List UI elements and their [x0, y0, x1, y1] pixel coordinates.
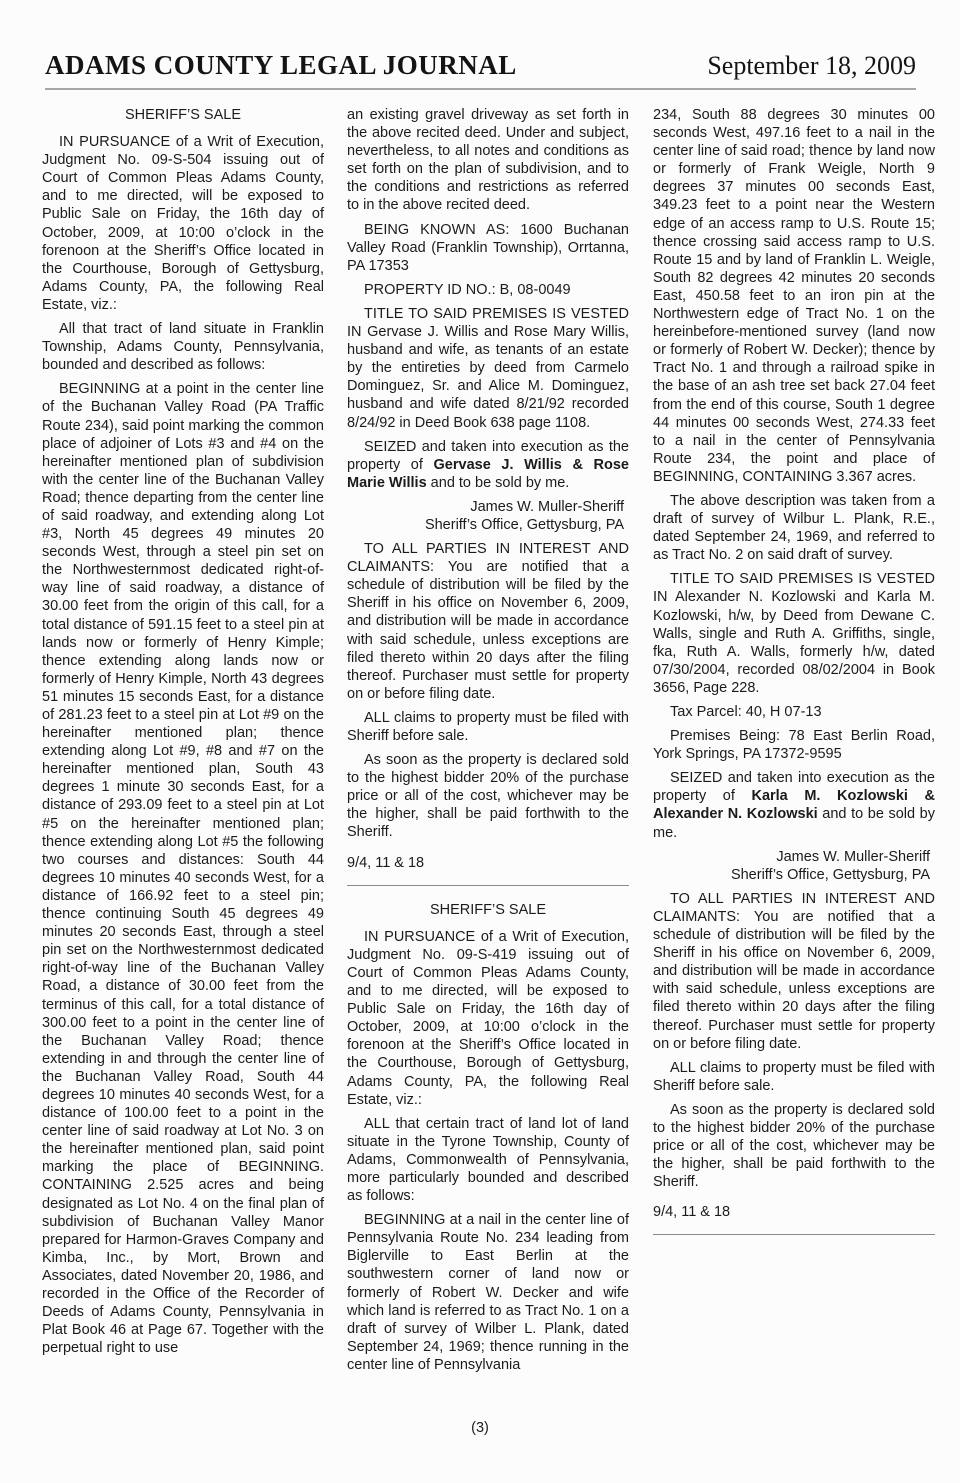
journal-page: ADAMS COUNTY LEGAL JOURNAL September 18,…	[0, 0, 960, 1483]
notice-paragraph: ALL that certain tract of land lot of la…	[347, 1115, 629, 1205]
notice-paragraph: Premises Being: 78 East Berlin Road, Yor…	[653, 727, 935, 763]
masthead-rule	[45, 88, 916, 90]
section-divider	[653, 1234, 935, 1235]
column-1: SHERIFF’S SALEIN PURSUANCE of a Writ of …	[42, 106, 324, 1363]
notice-paragraph: ALL claims to property must be filed wit…	[653, 1059, 935, 1095]
publication-dates: 9/4, 11 & 18	[653, 1203, 935, 1221]
masthead: ADAMS COUNTY LEGAL JOURNAL September 18,…	[45, 50, 916, 81]
column-2: an existing gravel driveway as set forth…	[347, 106, 629, 1380]
notice-paragraph: The above description was taken from a d…	[653, 492, 935, 564]
notice-paragraph-continuation: 234, South 88 degrees 30 minutes 00 seco…	[653, 106, 935, 486]
notice-paragraph: IN PURSUANCE of a Writ of Execution, Jud…	[42, 133, 324, 314]
notice-paragraph: TITLE TO SAID PREMISES IS VESTED IN Gerv…	[347, 305, 629, 432]
notice-paragraph: ALL claims to property must be filed wit…	[347, 709, 629, 745]
issue-date: September 18, 2009	[707, 51, 916, 81]
notice-paragraph: SEIZED and taken into execution as the p…	[347, 438, 629, 492]
notice-paragraph: TO ALL PARTIES IN INTEREST AND CLAIMANTS…	[653, 890, 935, 1053]
notice-paragraph: TO ALL PARTIES IN INTEREST AND CLAIMANTS…	[347, 540, 629, 703]
notice-paragraph: PROPERTY ID NO.: B, 08-0049	[347, 281, 629, 299]
notice-paragraph: All that tract of land situate in Frankl…	[42, 320, 324, 374]
notice-heading: SHERIFF’S SALE	[347, 901, 629, 919]
notice-heading: SHERIFF’S SALE	[42, 106, 324, 124]
notice-paragraph-continuation: an existing gravel driveway as set forth…	[347, 106, 629, 215]
column-3: 234, South 88 degrees 30 minutes 00 seco…	[653, 106, 935, 1250]
notice-paragraph: IN PURSUANCE of a Writ of Execution, Jud…	[347, 928, 629, 1109]
notice-paragraph: Tax Parcel: 40, H 07-13	[653, 703, 935, 721]
notice-paragraph: As soon as the property is declared sold…	[347, 751, 629, 841]
page-number: (3)	[0, 1420, 960, 1436]
signature-line: Sheriff’s Office, Gettysburg, PA	[653, 866, 935, 884]
section-divider	[347, 885, 629, 886]
notice-paragraph: SEIZED and taken into execution as the p…	[653, 769, 935, 841]
notice-paragraph: BEGINNING at a point in the center line …	[42, 380, 324, 1357]
notice-paragraph: BEING KNOWN AS: 1600 Buchanan Valley Roa…	[347, 221, 629, 275]
journal-title: ADAMS COUNTY LEGAL JOURNAL	[45, 50, 517, 81]
notice-paragraph: As soon as the property is declared sold…	[653, 1101, 935, 1191]
notice-paragraph: BEGINNING at a nail in the center line o…	[347, 1211, 629, 1374]
publication-dates: 9/4, 11 & 18	[347, 854, 629, 872]
notice-paragraph: TITLE TO SAID PREMISES IS VESTED IN Alex…	[653, 570, 935, 697]
signature-line: James W. Muller-Sheriff	[653, 848, 935, 866]
signature-line: Sheriff’s Office, Gettysburg, PA	[347, 516, 629, 534]
signature-line: James W. Muller-Sheriff	[347, 498, 629, 516]
